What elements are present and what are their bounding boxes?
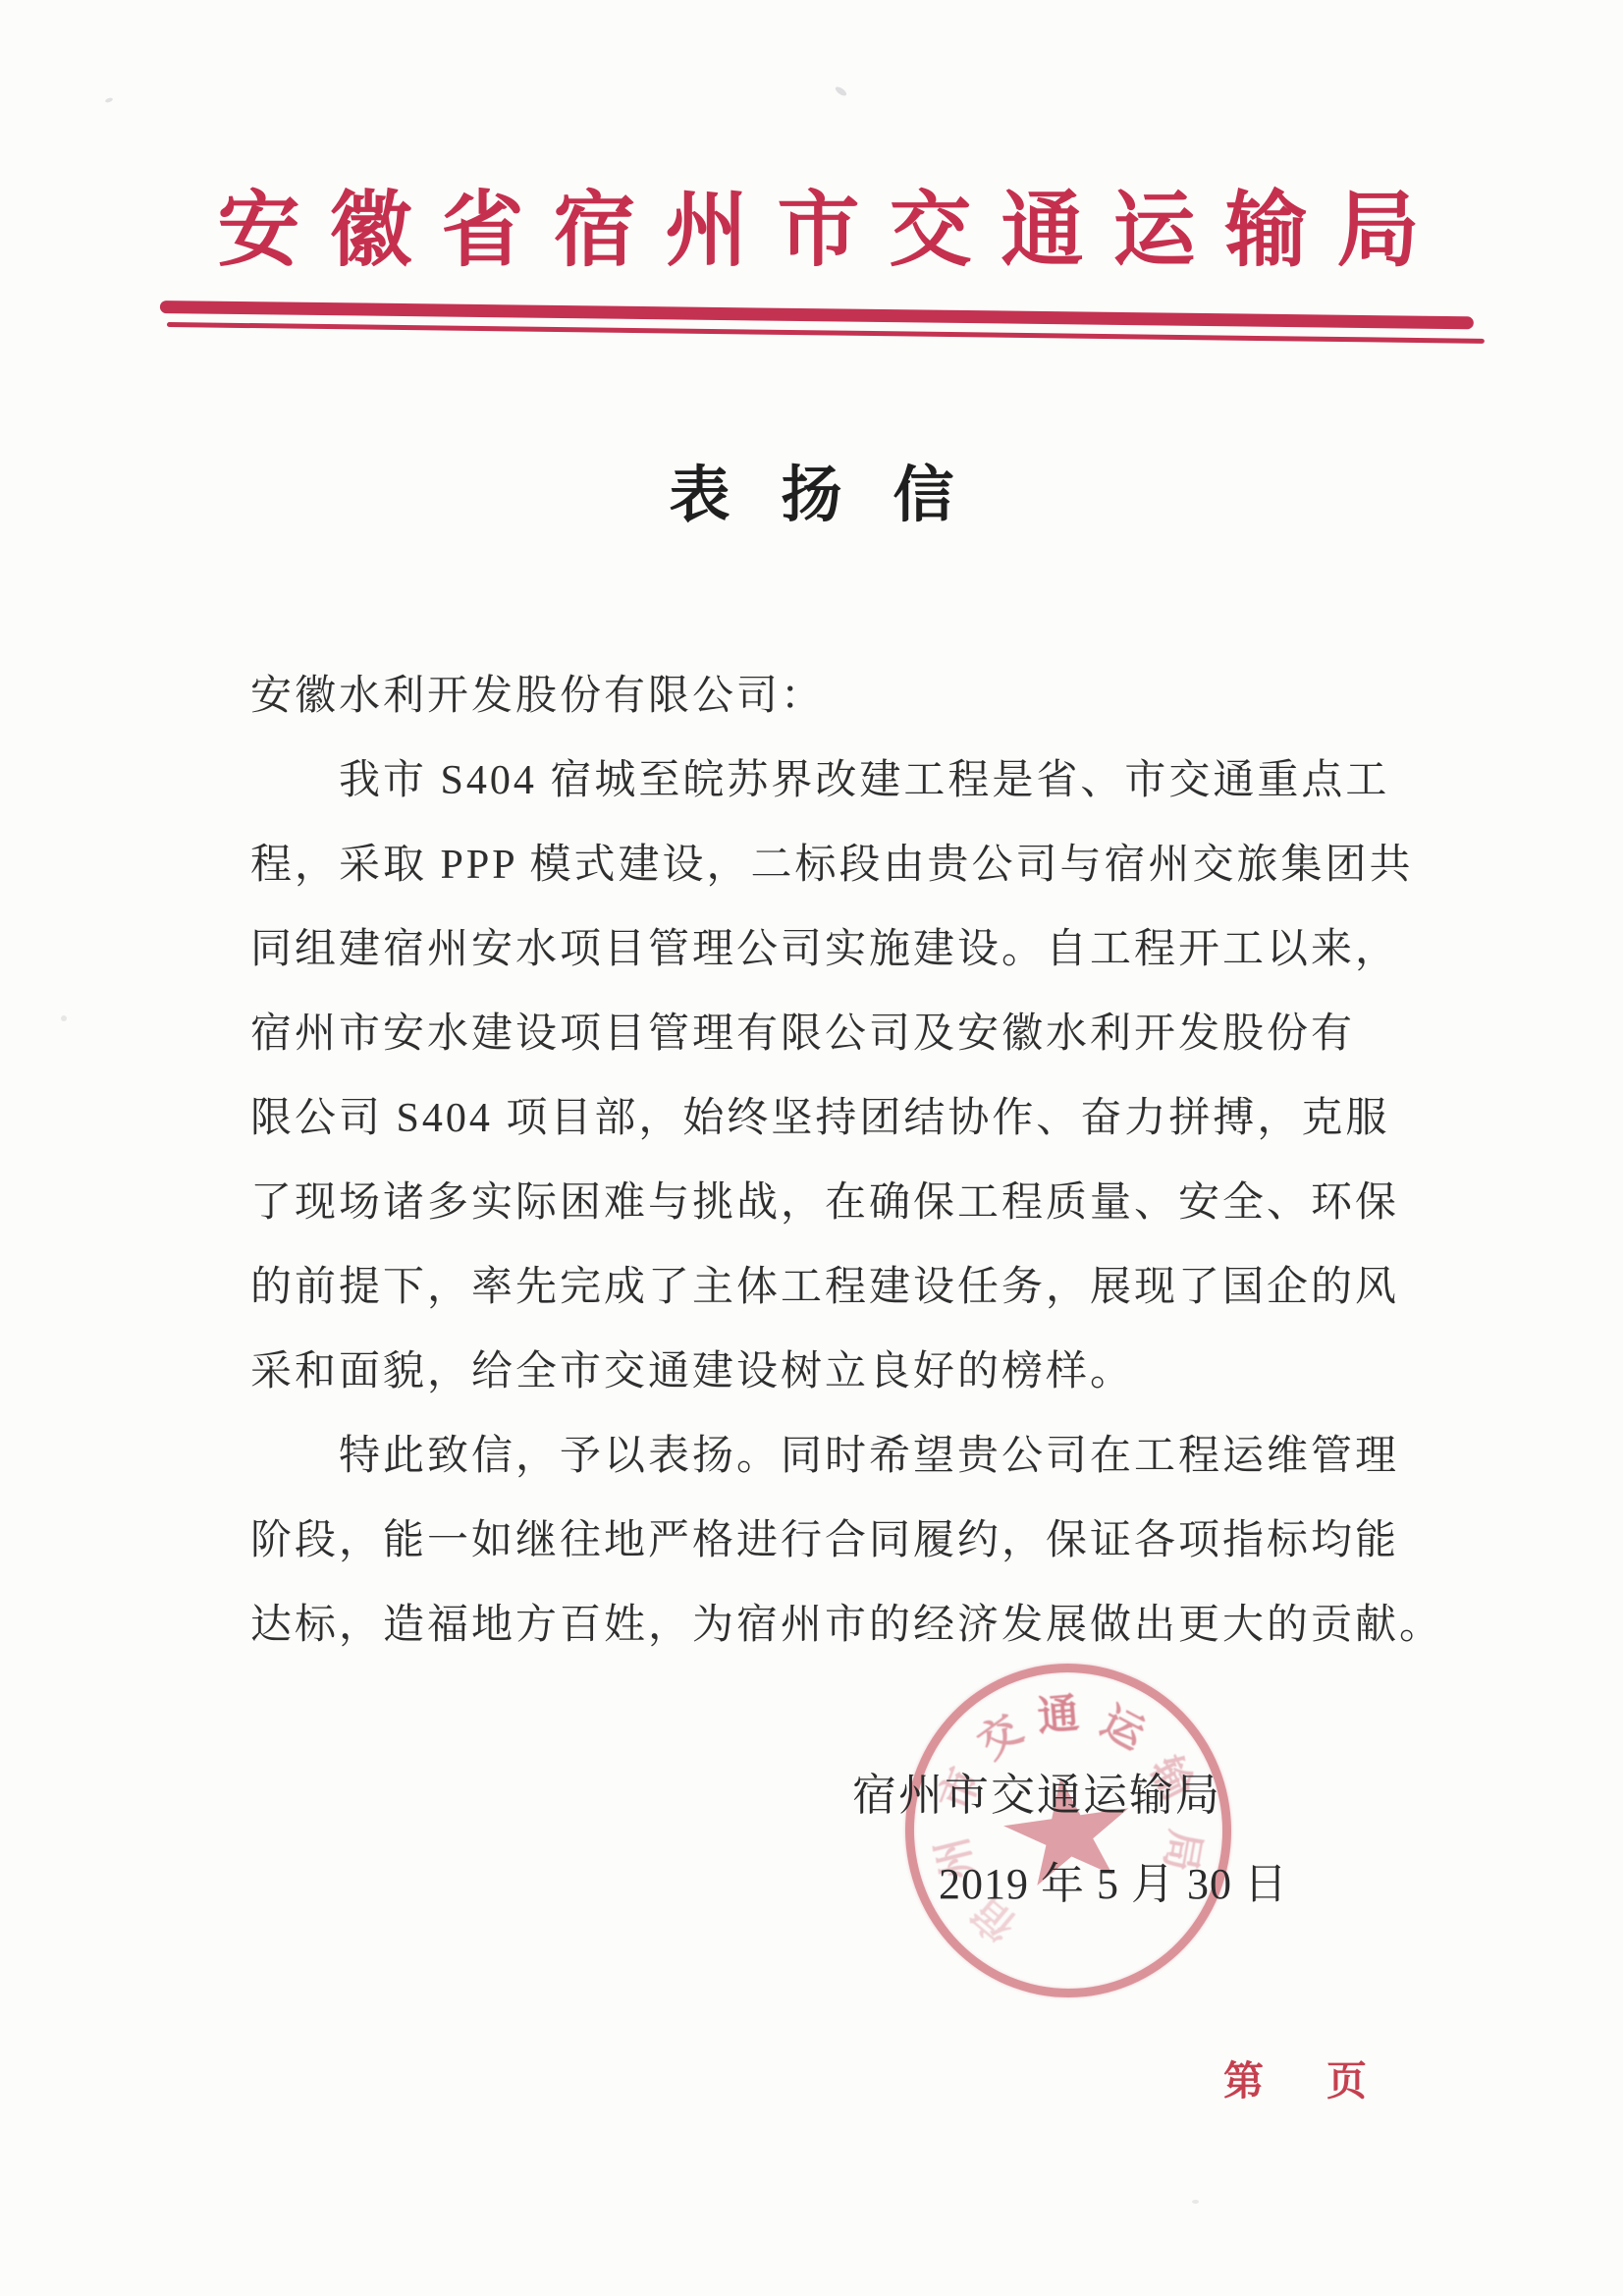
body-line: 了现场诸多实际困难与挑战，在确保工程质量、安全、环保	[250, 1161, 1438, 1245]
body-line: 我市 S404 宿城至皖苏界改建工程是省、市交通重点工	[250, 738, 1438, 823]
signature-organization: 宿州市交通运输局	[852, 1766, 1221, 1825]
body-line: 采和面貌，给全市交通建设树立良好的榜样。	[250, 1330, 1438, 1414]
seal-arc-char: 通	[1035, 1681, 1081, 1743]
body-line: 的前提下，率先完成了主体工程建设任务，展现了国企的风	[250, 1245, 1438, 1330]
salutation: 安徽水利开发股份有限公司：	[250, 654, 1438, 738]
official-seal-stamp: 宿 州 市 交 通 运 输 局	[896, 1656, 1239, 2006]
document-title: 表扬信	[26, 460, 1623, 532]
body-line: 宿州市安水建设项目管理有限公司及安徽水利开发股份有	[250, 992, 1438, 1076]
signature-date: 2019 年 5 月 30 日	[939, 1856, 1288, 1913]
body-line: 达标，造福地方百姓，为宿州市的经济发展做出更大的贡献。	[250, 1583, 1438, 1667]
body-line: 程，采取 PPP 模式建设，二标段由贵公司与宿州交旅集团共	[250, 823, 1438, 907]
scan-speck	[1192, 2200, 1199, 2204]
body-line: 限公司 S404 项目部，始终坚持团结协作、奋力拼搏，克服	[250, 1076, 1438, 1161]
scan-speck	[834, 85, 847, 97]
body-line: 同组建宿州安水项目管理公司实施建设。自工程开工以来，	[250, 907, 1438, 992]
page-label-suffix: 页	[1326, 2058, 1367, 2104]
scan-speck	[105, 97, 114, 103]
page-number-label: 第页	[1223, 2049, 1367, 2106]
letter-body: 安徽水利开发股份有限公司： 我市 S404 宿城至皖苏界改建工程是省、市交通重点…	[250, 654, 1438, 1667]
scan-speck	[61, 1015, 67, 1021]
letterhead-title: 安徽省宿州市交通运输局	[22, 183, 1623, 281]
letter-page: 安徽省宿州市交通运输局 表扬信 安徽水利开发股份有限公司： 我市 S404 宿城…	[0, 0, 1623, 2296]
body-line: 阶段，能一如继往地严格进行合同履约，保证各项指标均能	[250, 1499, 1438, 1583]
body-line: 特此致信，予以表扬。同时希望贵公司在工程运维管理	[250, 1414, 1438, 1499]
page-label-prefix: 第	[1223, 2058, 1264, 2104]
